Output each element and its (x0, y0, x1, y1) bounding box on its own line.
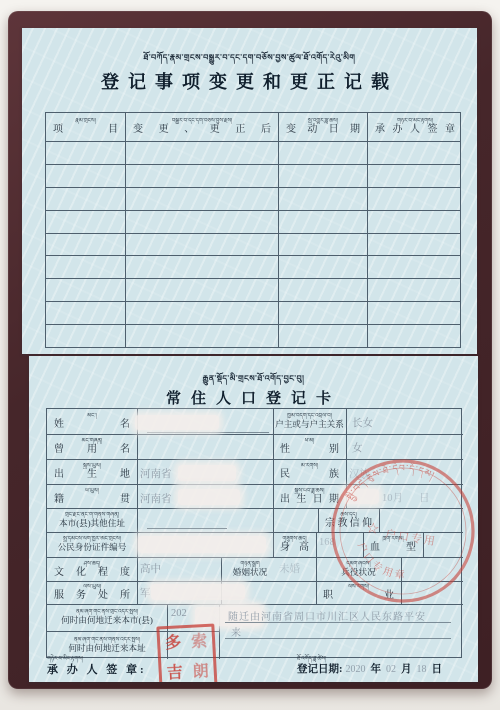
empty-cell (368, 188, 462, 210)
square-name-seal: 多 索 吉 朗 (156, 624, 217, 682)
table-row (46, 302, 460, 325)
field-label: 公民身份证件编号 (47, 542, 137, 553)
field-label-native-place: ཕ་ཡུལ། 籍贯 (47, 484, 137, 508)
field-label: 身高 (273, 542, 316, 553)
empty-cell (368, 165, 462, 187)
empty-cell (368, 211, 462, 233)
relation-value: 长女 (352, 415, 373, 430)
resident-card-title: 常住人口登记卡 (29, 387, 478, 408)
round-police-seal: སྤྱི་བདེ་ཅུས་ཐོ་དེབ་དོ་དམ། 户口专用章 ☆ 户口专用 (328, 456, 478, 606)
change-table-header-after: བསྒྱུར་བ་དང་དག་བཅོས་བྱས་རྗེས། 变更、更正后 (126, 113, 279, 141)
censor-blur-name (135, 415, 219, 430)
censor-blur-id-number (138, 536, 266, 553)
field-label-workplace: ལས་ཡུལ། 服务处所 (47, 581, 137, 604)
table-row (46, 211, 460, 234)
empty-cell (46, 165, 126, 187)
empty-cell (279, 211, 368, 233)
empty-cell (368, 279, 462, 301)
empty-cell (46, 188, 126, 210)
when-moved-city-value: 202 (171, 608, 187, 619)
seal-char: 朗 (192, 664, 209, 681)
empty-cell (279, 142, 368, 164)
empty-cell (46, 302, 126, 324)
change-table-header-item: རྣམ་གྲངས། 项目 (46, 113, 126, 141)
workplace-value: 军 (140, 585, 151, 600)
empty-cell (126, 165, 279, 187)
censor-blur-workplace (151, 584, 245, 600)
seal-char: 多 (165, 635, 182, 652)
empty-cell (279, 325, 368, 347)
table-row (46, 142, 460, 165)
grid-line (137, 409, 138, 604)
seal-arc-bottom: 户口专用章 (350, 538, 412, 582)
field-label: 本市(县)其他住址 (47, 518, 137, 529)
photo-of-hukou-booklet: ཐོ་བཀོད་རྣམ་གྲངས་བསྒྱུར་བ་དང་དག་བཅོས་བྱས… (0, 0, 500, 710)
change-table-rows (46, 142, 460, 347)
field-label: 姓名 (47, 419, 137, 430)
header-label: 项目 (53, 124, 118, 136)
empty-cell (126, 325, 279, 347)
field-label: 何时由何地迁来本址 (47, 643, 167, 654)
empty-cell (126, 234, 279, 256)
empty-cell (126, 279, 279, 301)
empty-cell (368, 142, 462, 164)
birthplace-value: 河南省 (140, 466, 172, 481)
empty-cell (46, 256, 126, 278)
field-label-other-address: གྲོང་རྫོང་ནང་གི་གནས་གཞན། 本市(县)其他住址 (47, 508, 137, 532)
empty-cell (46, 279, 126, 301)
empty-cell (368, 256, 462, 278)
empty-cell (126, 302, 279, 324)
field-label: 曾用名 (47, 444, 137, 455)
empty-cell (46, 325, 126, 347)
empty-cell (368, 302, 462, 324)
empty-cell (126, 142, 279, 164)
change-page-title: 登记事项变更和更正记载 (22, 68, 477, 94)
field-label-birthplace: སྐྱེས་ཡུལ། 出生地 (47, 459, 137, 484)
reg-day-unit: 日 (432, 661, 443, 676)
handwriting-line (225, 622, 451, 623)
field-label-marital: གཉེན་སྒྲིག 婚姻状况 (221, 557, 279, 581)
field-label-name: མིང་། 姓名 (47, 409, 137, 434)
empty-cell (368, 325, 462, 347)
table-row (46, 256, 460, 279)
table-row (46, 325, 460, 347)
sex-value: 女 (352, 440, 363, 455)
empty-cell (126, 188, 279, 210)
handler-label: 承 办 人 签 章: (47, 661, 147, 677)
education-value: 高中 (140, 561, 161, 576)
handwriting-line (225, 638, 451, 639)
registration-date: 登记日期: 2020 年 02 月 18 日 (297, 661, 444, 676)
marital-value: 未婚 (279, 561, 300, 576)
handwriting-line (147, 432, 269, 433)
reg-year-value: 2020 (346, 664, 366, 675)
empty-cell (279, 188, 368, 210)
empty-cell (46, 211, 126, 233)
empty-cell (126, 256, 279, 278)
table-row (46, 188, 460, 211)
empty-cell (279, 302, 368, 324)
change-table-header-signature: གཉེར་བ་མིང་རྟགས། 承办人签章 (368, 113, 462, 141)
reg-month-value: 02 (386, 664, 396, 675)
field-label: 婚姻状况 (221, 567, 279, 578)
field-label: 何时由何地迁来本市(县) (47, 615, 167, 626)
svg-text:户口专用章: 户口专用章 (350, 538, 412, 582)
field-label-when-moved-city: ནམ་ཞིག་གང་ནས་གྲོང་འདིར་སྤོས། 何时由何地迁来本市(县… (47, 604, 167, 631)
seal-char: 索 (191, 634, 208, 651)
field-label: 籍贯 (47, 494, 137, 505)
field-label: 性别 (273, 444, 346, 455)
seal-band: 户口专用 (384, 526, 438, 548)
reg-day-value: 18 (417, 664, 427, 675)
empty-cell (279, 279, 368, 301)
migration-note-line2: 来 (231, 624, 242, 639)
field-label-education: ཤེས་ཚད། 文化程度 (47, 557, 137, 581)
header-label: 承办人签章 (375, 124, 455, 136)
empty-cell (368, 234, 462, 256)
change-record-page: ཐོ་བཀོད་རྣམ་གྲངས་བསྒྱུར་བ་དང་དག་བཅོས་བྱས… (22, 28, 477, 354)
migration-note-line1: 随迁由河南省周口市川汇区人民东路平安 (228, 608, 426, 623)
empty-cell (126, 211, 279, 233)
seal-star: ☆ (365, 520, 381, 538)
table-row (46, 165, 460, 188)
field-label: 户主或与户主关系 (273, 419, 346, 430)
field-label-height: གཟུགས་ཚད། 身高 (273, 532, 316, 557)
field-label: 文化程度 (47, 567, 137, 578)
header-label: 变更、更正后 (133, 124, 271, 136)
field-label-relation: ཁྱིམ་བདག་དང་འབྲེལ་བ། 户主或与户主关系 (273, 409, 346, 434)
table-row (46, 279, 460, 302)
field-label: 服务处所 (47, 590, 137, 601)
empty-cell (46, 234, 126, 256)
native-place-value: 河南省 (140, 491, 172, 506)
header-label: 变动日期 (286, 124, 360, 136)
empty-cell (279, 234, 368, 256)
censor-blur-birthplace (178, 465, 236, 481)
field-label-former-name: མིང་གཞན། 曾用名 (47, 434, 137, 459)
handwriting-line (147, 528, 227, 529)
resident-card-page: རྒྱུན་སྡོད་མི་གྲངས་ཐོ་འགོད་བྱང་བུ། 常住人口登… (29, 356, 478, 682)
change-table-header-date: སྤོ་འགྱུར་ཟླ་ཚེས། 变动日期 (279, 113, 368, 141)
field-label: 出生地 (47, 469, 137, 480)
reg-date-label: 登记日期: (297, 661, 343, 676)
empty-cell (279, 165, 368, 187)
empty-cell (46, 142, 126, 164)
reg-year-unit: 年 (371, 661, 382, 676)
reg-month-unit: 月 (401, 661, 412, 676)
censor-blur-native-place (178, 489, 240, 505)
change-table-header: རྣམ་གྲངས། 项目 བསྒྱུར་བ་དང་དག་བཅོས་བྱས་རྗེ… (46, 113, 460, 142)
change-table: རྣམ་གྲངས། 项目 བསྒྱུར་བ་དང་དག་བཅོས་བྱས་རྗེ… (45, 112, 461, 348)
seal-char: 吉 (166, 665, 183, 682)
empty-cell (279, 256, 368, 278)
field-label-id-number: སྤྱི་དམངས་ལག་ཁྱེར་ཨང་གྲངས། 公民身份证件编号 (47, 532, 137, 557)
table-row (46, 234, 460, 257)
